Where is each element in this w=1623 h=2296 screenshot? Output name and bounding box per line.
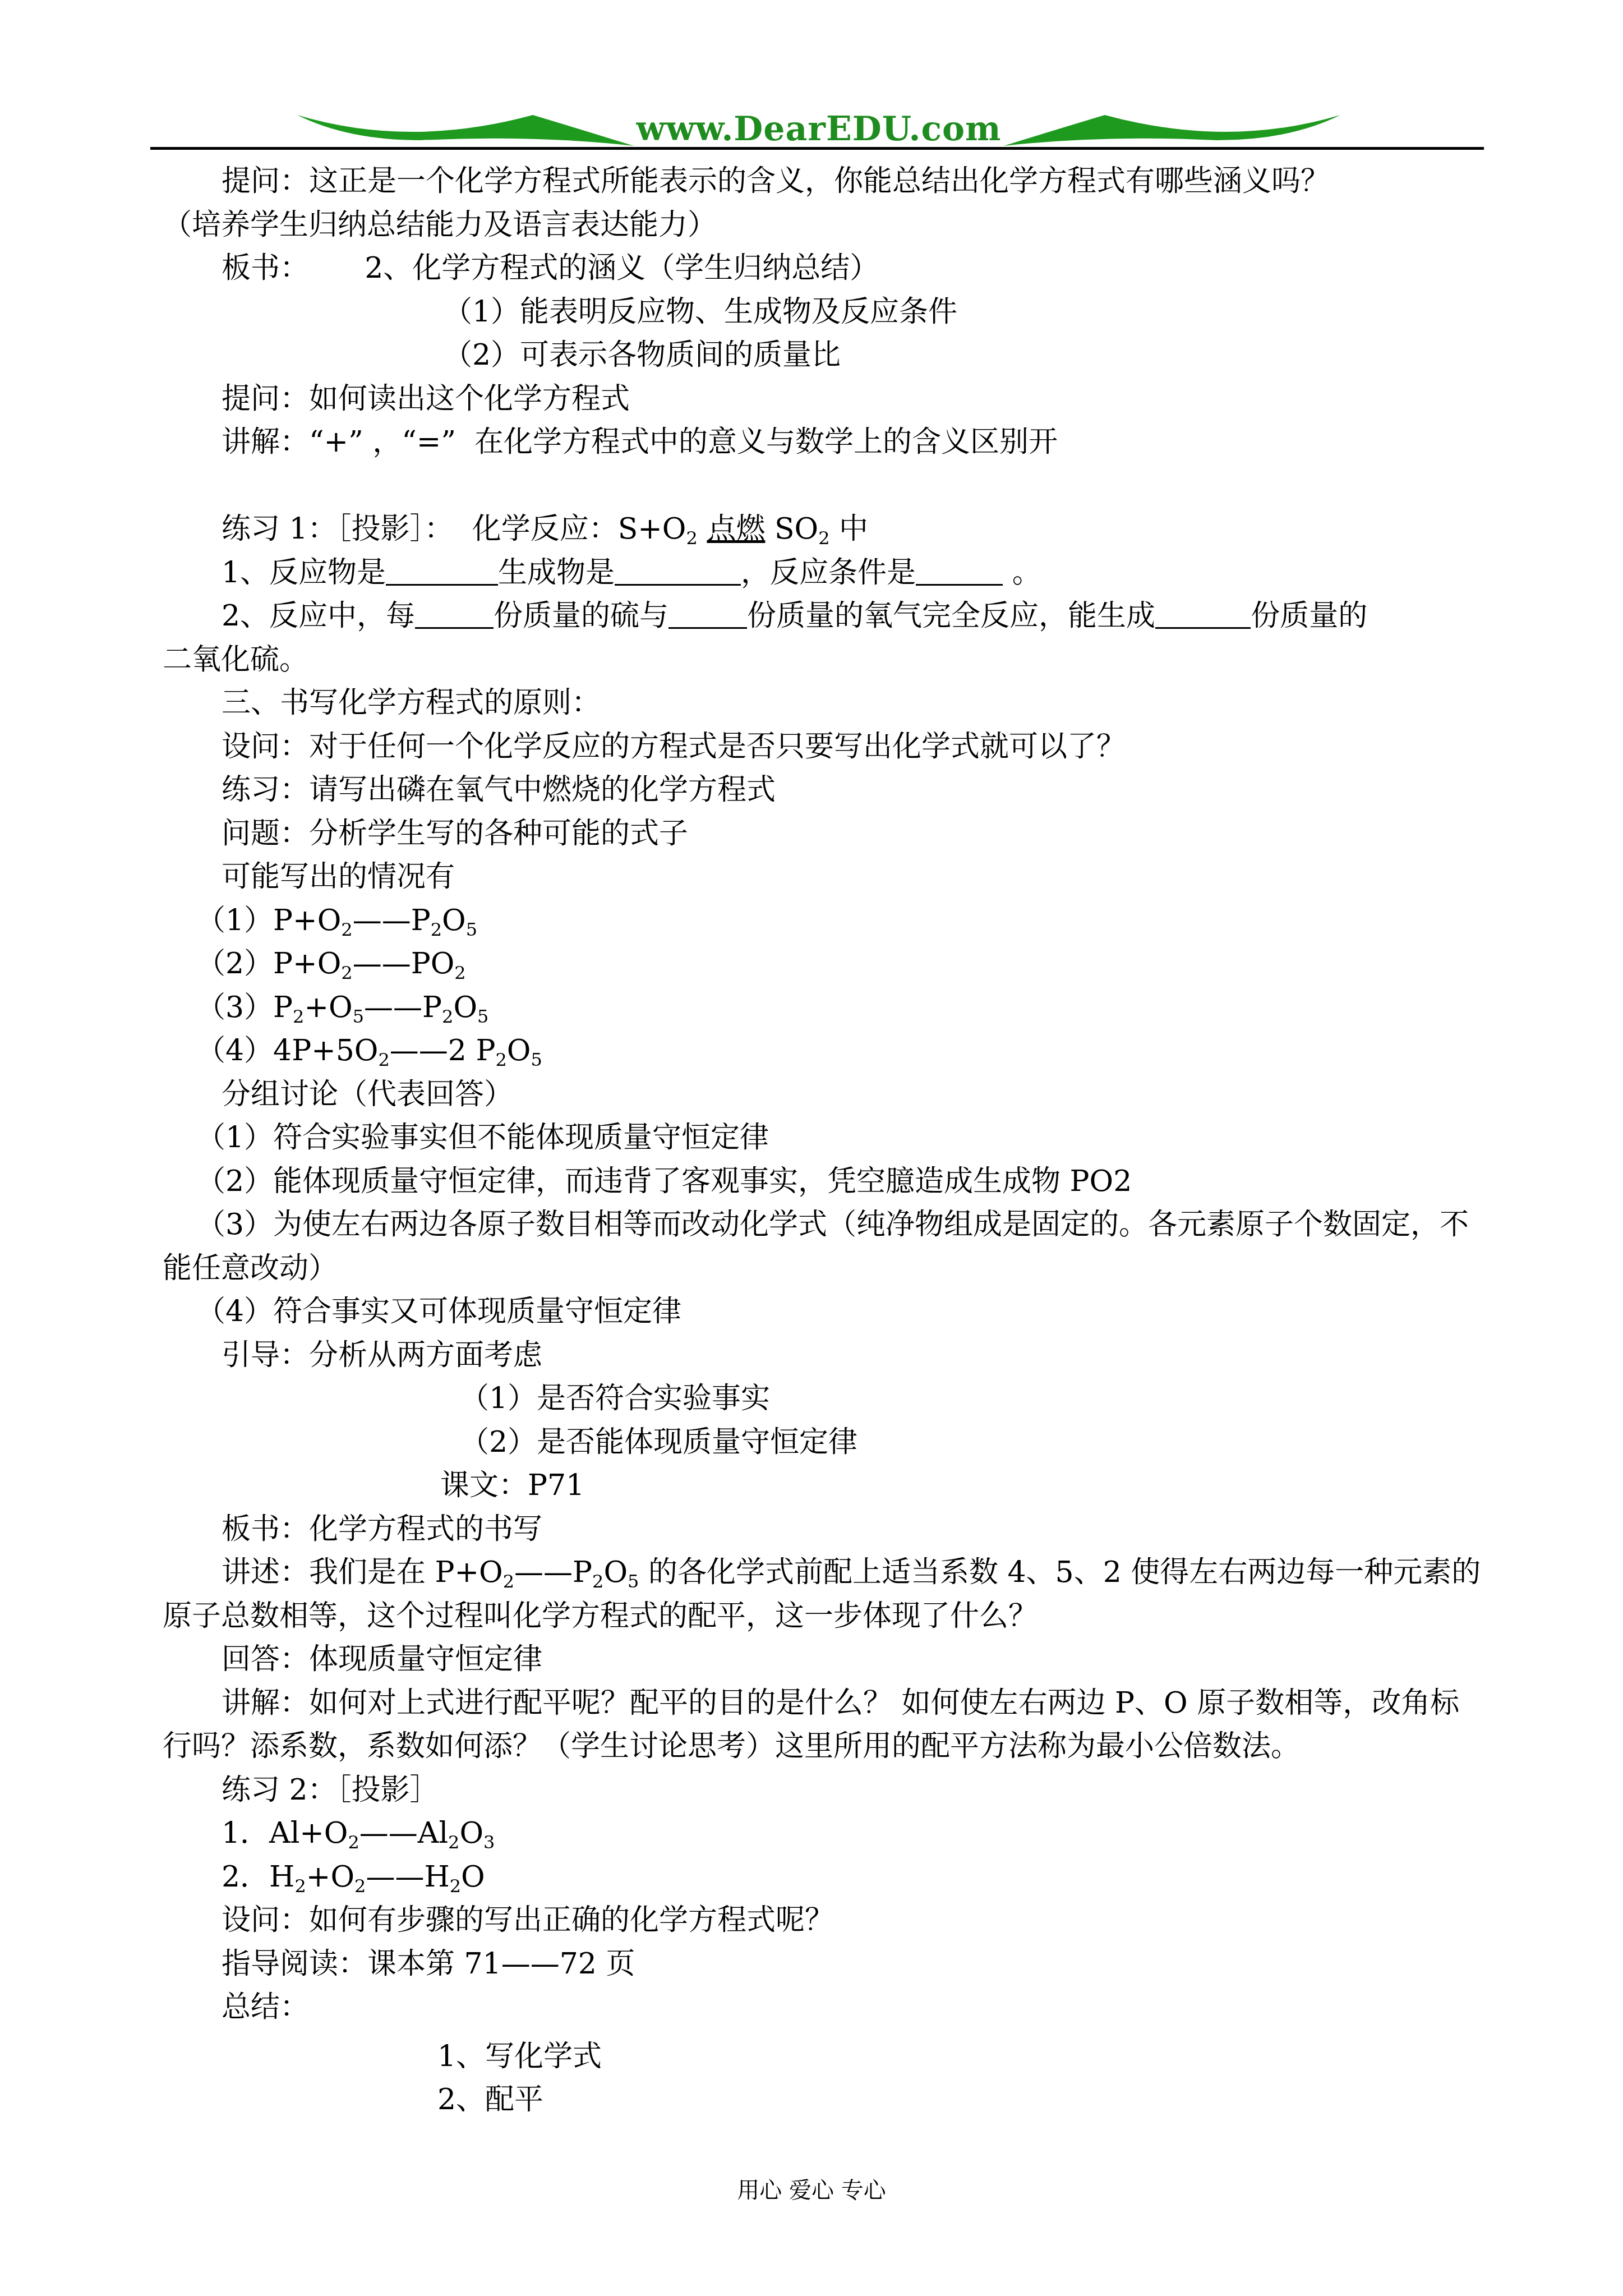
discussion-3: （3）为使左右两边各原子数目相等而改动化学式（纯净物组成是固定的。各元素原子个数… bbox=[163, 1203, 1486, 1290]
guide-heading: 引导：分析从两方面考虑 bbox=[163, 1334, 1486, 1378]
question-line: 提问：这正是一个化学方程式所能表示的含义，你能总结出化学方程式有哪些涵义吗？ bbox=[163, 160, 1486, 204]
answer-blank[interactable] bbox=[1155, 598, 1251, 629]
exercise-1-q2: 2、反应中，每份质量的硫与份质量的氧气完全反应，能生成份质量的 bbox=[163, 595, 1486, 638]
answer-line: 回答：体现质量守恒定律 bbox=[163, 1638, 1486, 1682]
case-3: （3）P2+O5——P2O5 bbox=[163, 986, 1486, 1030]
summary-step-1: 1、写化学式 bbox=[163, 2035, 1486, 2079]
guide-point-1: （1）是否符合实验事实 bbox=[163, 1377, 1486, 1421]
section-3-heading: 三、书写化学方程式的原则： bbox=[163, 682, 1486, 725]
board-line: 板书： 2、化学方程式的涵义（学生归纳总结） bbox=[163, 247, 1486, 291]
exercise-1-q1: 1、反应物是生成物是，反应条件是 。 bbox=[163, 551, 1486, 595]
note-line: （培养学生归纳总结能力及语言表达能力） bbox=[163, 204, 1486, 247]
board-writing: 板书：化学方程式的书写 bbox=[163, 1508, 1486, 1552]
case-4: （4）4P+5O2——2 P2O5 bbox=[163, 1029, 1486, 1073]
page-footer-motto: 用心 爱心 专心 bbox=[0, 2177, 1623, 2205]
summary-step-2: 2、配平 bbox=[163, 2078, 1486, 2122]
answer-blank[interactable] bbox=[386, 555, 498, 586]
answer-blank[interactable] bbox=[668, 598, 747, 629]
meaning-item-1: （1）能表明反应物、生成物及反应条件 bbox=[163, 291, 1486, 334]
answer-blank[interactable] bbox=[615, 555, 741, 586]
section-3-cases-label: 可能写出的情况有 bbox=[163, 855, 1486, 899]
answer-blank[interactable] bbox=[415, 598, 494, 629]
section-3-problem: 问题：分析学生写的各种可能的式子 bbox=[163, 812, 1486, 856]
spacer bbox=[163, 464, 1486, 508]
lesson-content: 提问：这正是一个化学方程式所能表示的含义，你能总结出化学方程式有哪些涵义吗？ （… bbox=[163, 160, 1486, 2122]
discussion-1: （1）符合实验事实但不能体现质量守恒定律 bbox=[163, 1116, 1486, 1160]
answer-blank[interactable] bbox=[916, 555, 1003, 586]
narration: 讲述：我们是在 P+O2——P2O5 的各化学式前配上适当系数 4、5、2 使得… bbox=[163, 1551, 1486, 1638]
discussion-2: （2）能体现质量守恒定律，而违背了客观事实，凭空臆造成生成物 PO2 bbox=[163, 1160, 1486, 1204]
exercise-2-item-2: 2．H2+O2——H2O bbox=[163, 1856, 1486, 1899]
exercise-2-title: 练习 2：［投影］ bbox=[163, 1769, 1486, 1812]
summary-heading: 总结： bbox=[163, 1986, 1486, 2030]
meaning-item-2: （2）可表示各物质间的质量比 bbox=[163, 334, 1486, 378]
discussion-heading: 分组讨论（代表回答） bbox=[163, 1073, 1486, 1117]
steps-question: 设问：如何有步骤的写出正确的化学方程式呢？ bbox=[163, 1899, 1486, 1943]
reading-guide: 指导阅读：课本第 71——72 页 bbox=[163, 1943, 1486, 1986]
site-url: www.DearEDU.com bbox=[297, 109, 1340, 149]
explain-symbols: 讲解：“+” ，“=” 在化学方程式中的意义与数学上的含义区别开 bbox=[163, 421, 1486, 464]
question-read: 提问：如何读出这个化学方程式 bbox=[163, 378, 1486, 421]
exercise-1-q2-cont: 二氧化硫。 bbox=[163, 638, 1486, 682]
reaction-condition: 点燃 bbox=[707, 512, 765, 546]
explanation: 讲解：如何对上式进行配平呢？配平的目的是什么？ 如何使左右两边 P、O 原子数相… bbox=[163, 1682, 1486, 1769]
section-3-exercise: 练习：请写出磷在氧气中燃烧的化学方程式 bbox=[163, 769, 1486, 812]
site-banner: www.DearEDU.com bbox=[297, 109, 1340, 149]
exercise-2-item-1: 1．Al+O2——Al2O3 bbox=[163, 1812, 1486, 1856]
header-rule bbox=[150, 147, 1484, 150]
textbook-ref: 课文：P71 bbox=[163, 1464, 1486, 1508]
case-2: （2）P+O2——PO2 bbox=[163, 942, 1486, 986]
discussion-4: （4）符合事实又可体现质量守恒定律 bbox=[163, 1290, 1486, 1334]
section-3-question: 设问：对于任何一个化学反应的方程式是否只要写出化学式就可以了？ bbox=[163, 725, 1486, 769]
guide-point-2: （2）是否能体现质量守恒定律 bbox=[163, 1421, 1486, 1465]
case-1: （1）P+O2——P2O5 bbox=[163, 899, 1486, 943]
exercise-1-title: 练习 1：［投影］： 化学反应：S+O2 点燃 SO2 中 bbox=[163, 508, 1486, 551]
